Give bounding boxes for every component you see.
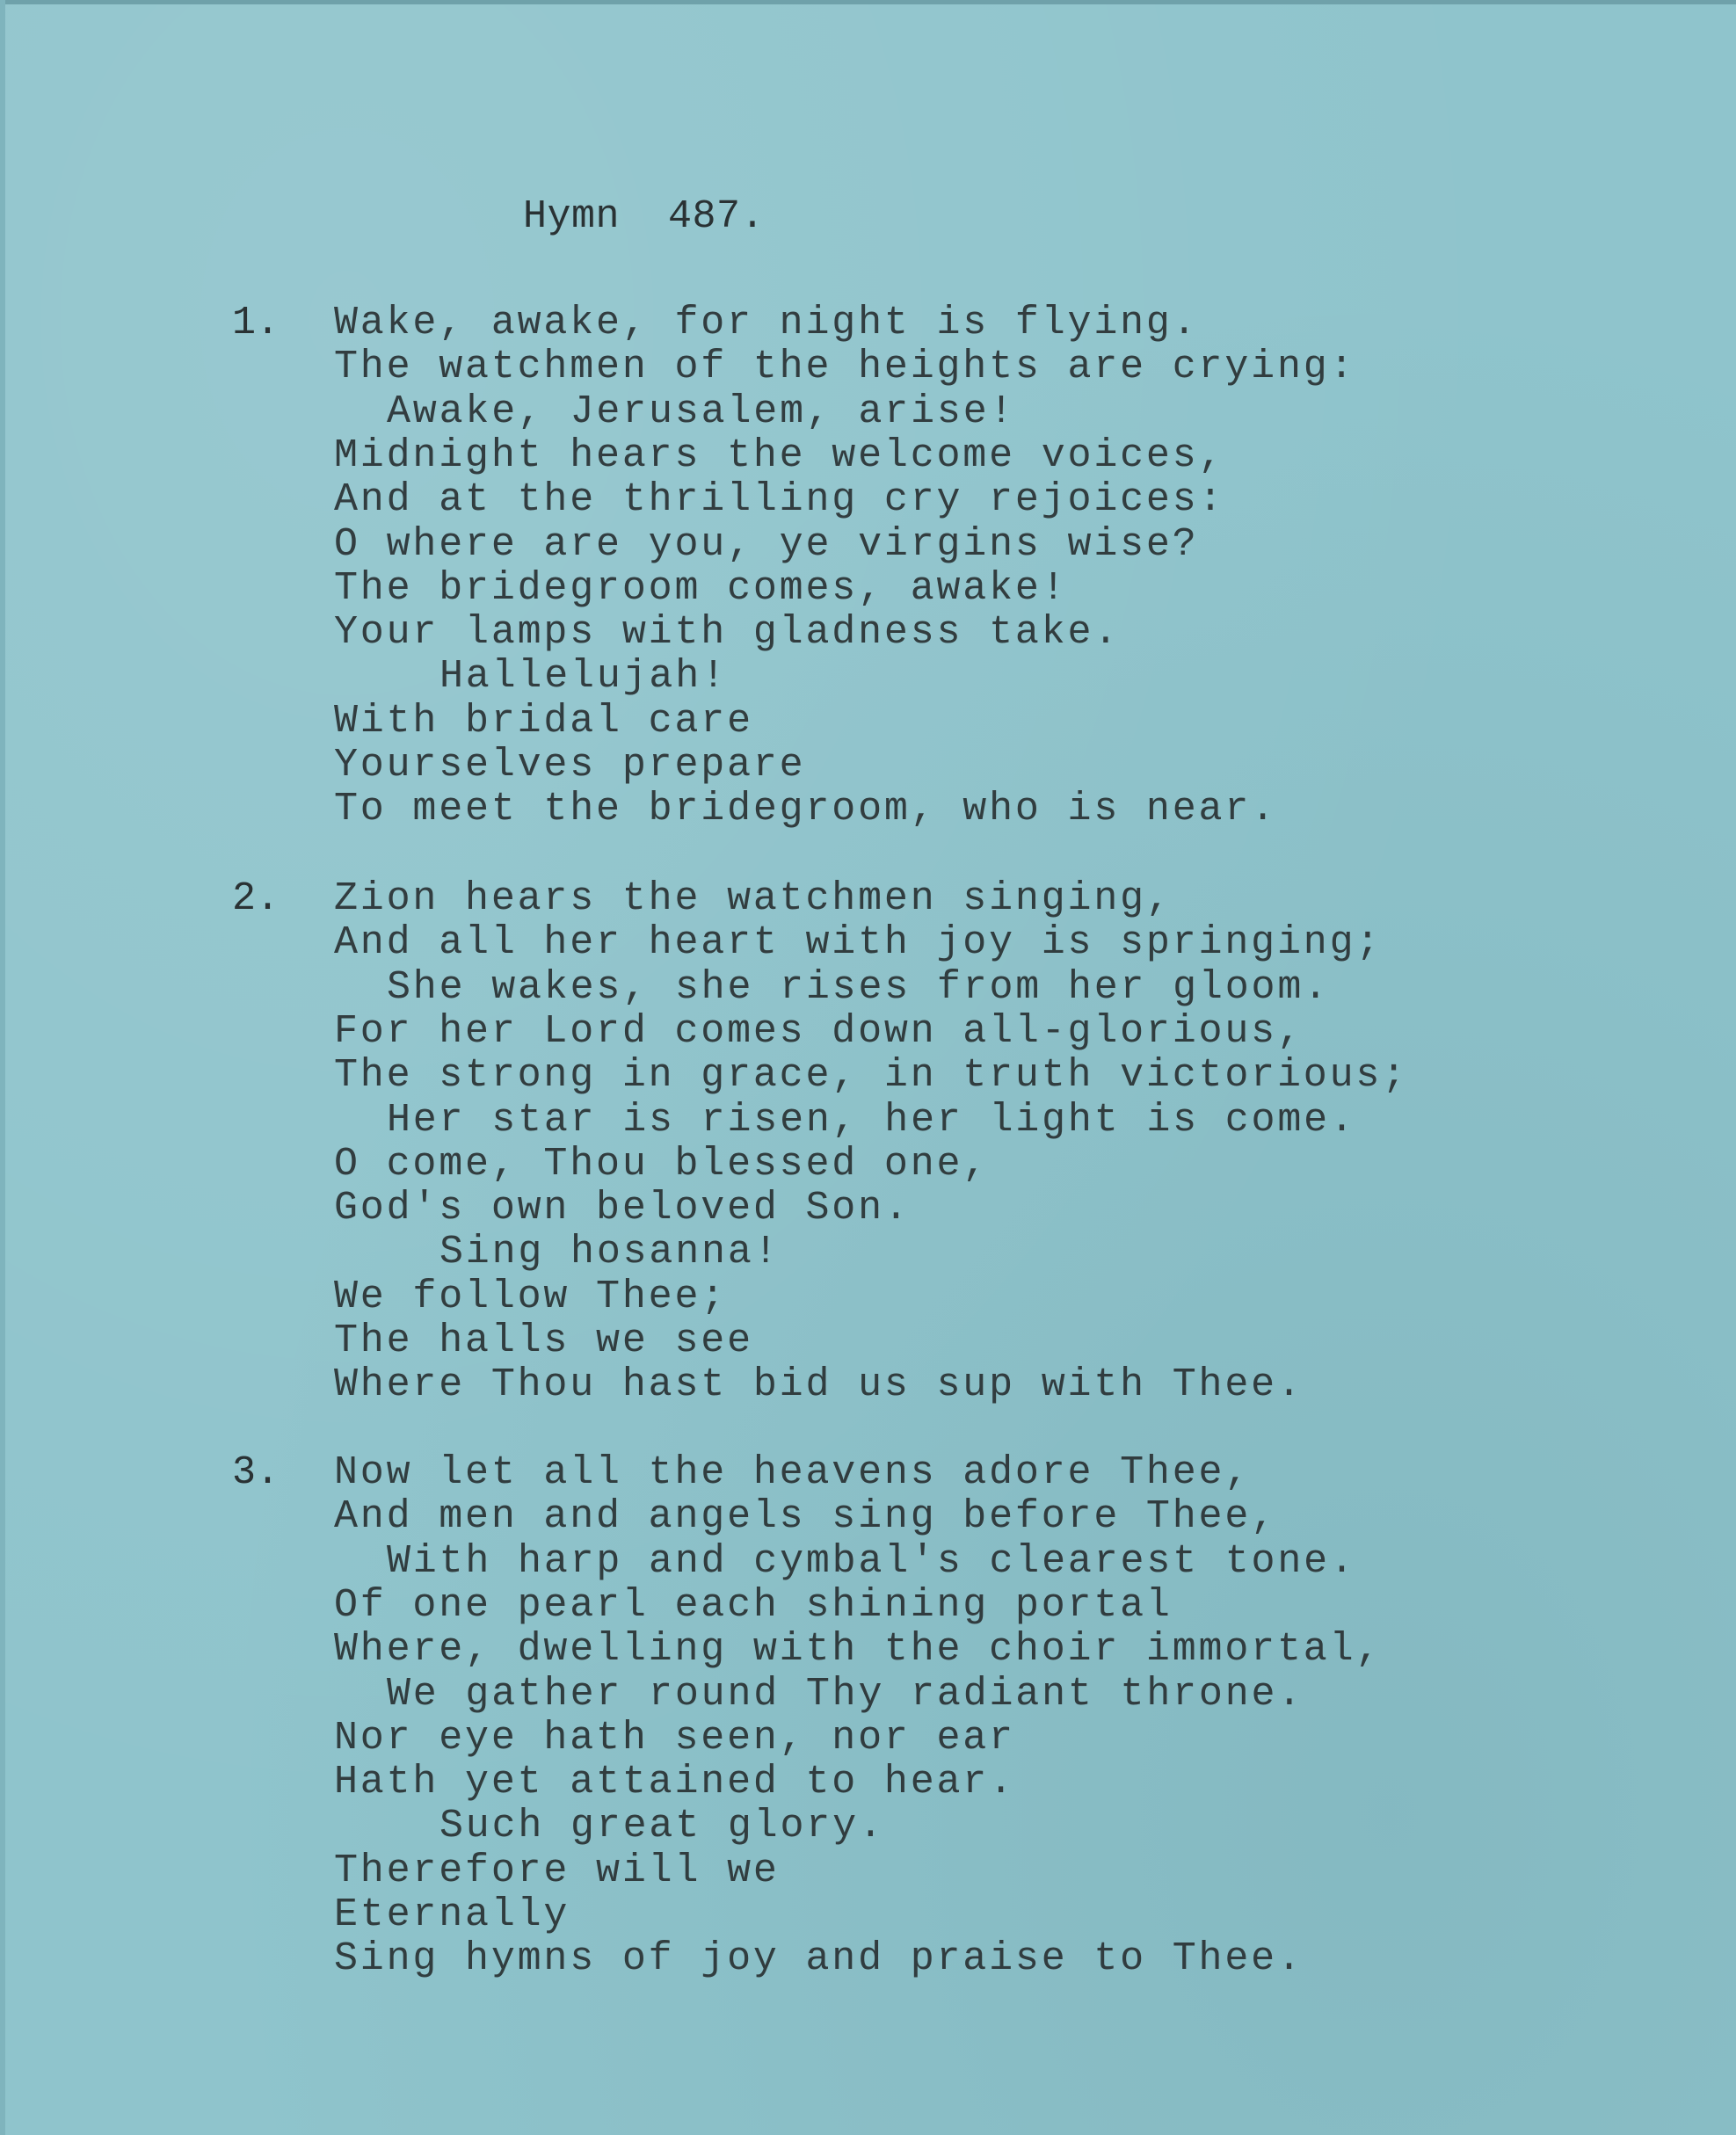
verse-line: Zion hears the watchmen singing, [334,877,1173,921]
hymn-title: Hymn 487. [523,195,765,239]
verse-line: God's own beloved Son. [334,1187,911,1231]
verse-number: 3. [232,1451,280,1495]
verse-line: Eternally [334,1893,570,1937]
verse-line: The bridegroom comes, awake! [334,567,1068,611]
verse-number: 1. [232,301,280,345]
verse-line: O where are you, ye virgins wise? [334,523,1199,567]
paper-edge-top [0,0,1736,4]
verse-line: Where Thou hast bid us sup with Thee. [334,1363,1304,1407]
verse-line: Yourselves prepare [334,744,805,788]
verse-line: And men and angels sing before Thee, [334,1495,1277,1539]
verse-line: And all her heart with joy is springing; [334,921,1382,965]
verse-line: Awake, Jerusalem, arise! [387,390,1015,434]
verse-line: Hath yet attained to hear. [334,1761,1015,1805]
verse-line: Sing hosanna! [439,1231,780,1274]
verse-number: 2. [232,877,280,921]
verse-line: Of one pearl each shining portal [334,1584,1173,1628]
paper-edge-left [0,0,5,2135]
verse-line: The watchmen of the heights are crying: [334,345,1355,389]
verse-line: Wake, awake, for night is flying. [334,301,1199,345]
verse-line: The halls we see [334,1319,753,1363]
verse-line: Her star is risen, her light is come. [387,1099,1356,1143]
verse-line: To meet the bridegroom, who is near. [334,788,1277,831]
verse-line: With harp and cymbal's clearest tone. [387,1540,1356,1584]
verse-line: With bridal care [334,700,753,744]
verse-line: Midnight hears the welcome voices, [334,434,1224,478]
verse-line: Therefore will we [334,1849,780,1893]
verse-line: We follow Thee; [334,1275,727,1319]
verse-line: For her Lord comes down all-glorious, [334,1010,1304,1054]
verse-line: Where, dwelling with the choir immortal, [334,1628,1382,1672]
verse-line: Now let all the heavens adore Thee, [334,1451,1251,1495]
verse-line: The strong in grace, in truth victorious… [334,1054,1408,1098]
verse-line: Such great glory. [439,1805,885,1848]
verse-line: She wakes, she rises from her gloom. [387,966,1330,1010]
verse-line: O come, Thou blessed one, [334,1143,989,1187]
verse-line: Sing hymns of joy and praise to Thee. [334,1937,1304,1981]
verse-line: Your lamps with gladness take. [334,611,1120,655]
verse-line: Nor eye hath seen, nor ear [334,1717,1015,1761]
verse-line: Hallelujah! [439,655,728,699]
verse-line: And at the thrilling cry rejoices: [334,478,1224,522]
verse-line: We gather round Thy radiant throne. [387,1673,1304,1717]
